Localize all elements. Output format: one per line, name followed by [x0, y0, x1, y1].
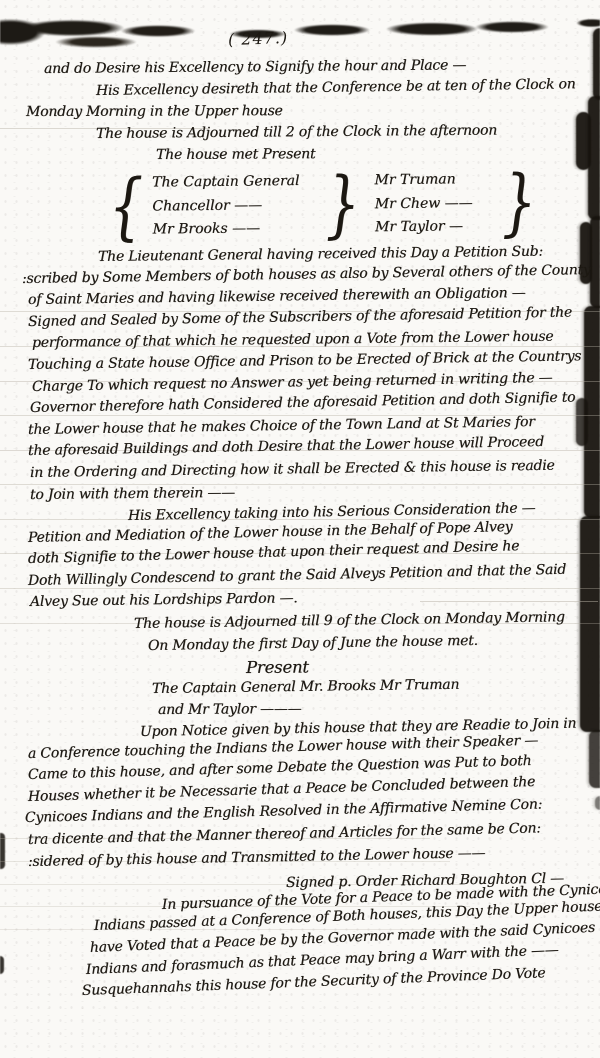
- attendee: Mr Chew ——: [375, 191, 501, 215]
- manuscript-line: The Captain General Mr. Brooks Mr Truman: [152, 673, 600, 701]
- attendance-list: { The Captain General Chancellor —— Mr B…: [108, 164, 600, 245]
- attendee: The Captain General: [152, 170, 324, 195]
- attendee: Mr Brooks ——: [152, 217, 324, 242]
- attendee: Mr Taylor —: [375, 215, 501, 239]
- brace-open-icon: {: [108, 159, 145, 254]
- attendee: Mr Truman: [374, 168, 500, 192]
- brace-close-icon: }: [500, 155, 537, 250]
- manuscript-page: ( 247.) and do Desire his Excellency to …: [0, 0, 600, 1058]
- manuscript-text: and do Desire his Excellency to Signify …: [0, 0, 600, 1003]
- attendee: Chancellor ——: [152, 193, 324, 218]
- manuscript-line: The house is Adjourned till 2 of the Clo…: [96, 119, 600, 145]
- brace-close-icon: }: [324, 157, 361, 252]
